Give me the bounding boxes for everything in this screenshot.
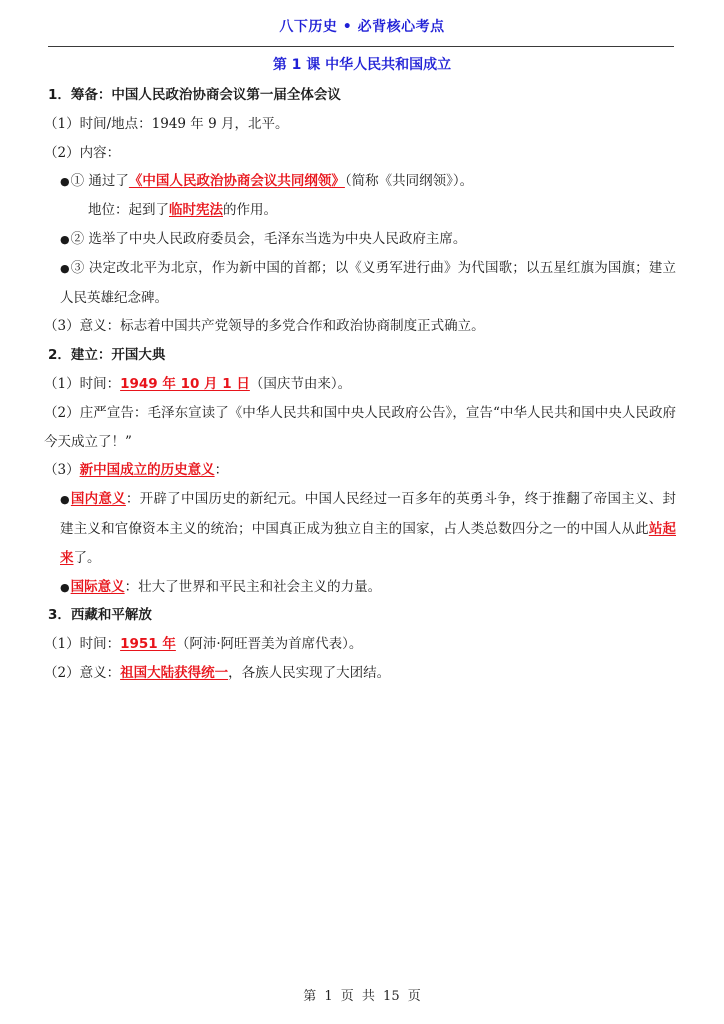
s2-historical-significance-key: 新中国成立的历史意义 (80, 462, 215, 478)
s3-time: （1）时间：1951 年（阿沛·阿旺晋美为首席代表）。 (44, 630, 676, 659)
section-heading-2: 2．建立：开国大典 (48, 341, 676, 370)
s1-common-program-key: 《中国人民政治协商会议共同纲领》 (129, 173, 345, 189)
s2-meaning-prefix: （3） (44, 462, 80, 478)
s2-meaning-heading: （3）新中国成立的历史意义： (44, 456, 676, 485)
s3-meaning-suffix: ，各族人民实现了大团结。 (228, 665, 390, 681)
s3-unification-key: 祖国大陆获得统一 (120, 665, 228, 681)
s1-time-location: （1）时间/地点：1949 年 9 月，北平。 (44, 110, 676, 139)
s2-time: （1）时间：1949 年 10 月 1 日（国庆节由来）。 (44, 370, 676, 399)
s3-time-prefix: （1）时间： (44, 636, 120, 652)
s2-domestic-significance: ●国内意义：开辟了中国历史的新纪元。中国人民经过一百多年的英勇斗争，终于推翻了帝… (48, 485, 676, 572)
s2-meaning-suffix: ： (215, 462, 229, 478)
s2-international-significance: ●国际意义：壮大了世界和平民主和社会主义的力量。 (48, 573, 676, 602)
s1-meaning: （3）意义：标志着中国共产党领导的多党合作和政治协商制度正式确立。 (44, 312, 676, 341)
s1-point-1: ●① 通过了《中国人民政治协商会议共同纲领》（简称《共同纲领》）。 (48, 167, 676, 196)
page-number-footer: 第 1 页 共 15 页 (0, 985, 724, 1004)
s2-founding-date-key: 1949 年 10 月 1 日 (120, 376, 250, 392)
bullet-icon: ● (60, 493, 70, 506)
section-heading-1: 1．筹备：中国人民政治协商会议第一届全体会议 (48, 81, 676, 110)
s3-meaning-prefix: （2）意义： (44, 665, 120, 681)
s1-content-label: （2）内容： (44, 139, 676, 168)
bullet-icon: ● (60, 233, 70, 246)
bullet-icon: ● (60, 262, 70, 275)
s1-point-3: ●③ 决定改北平为北京，作为新中国的首都；以《义勇军进行曲》为代国歌；以五星红旗… (48, 254, 676, 313)
page-header-title: 八下历史 • 必背核心考点 (0, 16, 724, 36)
s2-domestic-text-a: ：开辟了中国历史的新纪元。中国人民经过一百多年的英勇斗争，终于推翻了帝国主义、封… (60, 491, 676, 537)
s3-time-suffix: （阿沛·阿旺晋美为首席代表）。 (176, 636, 363, 652)
document-body: 1．筹备：中国人民政治协商会议第一届全体会议 （1）时间/地点：1949 年 9… (48, 81, 676, 688)
bullet-icon: ● (60, 175, 70, 188)
s3-meaning: （2）意义：祖国大陆获得统一，各族人民实现了大团结。 (44, 659, 676, 688)
lesson-title: 第 1 课 中华人民共和国成立 (0, 54, 724, 74)
s2-domestic-key: 国内意义 (71, 491, 126, 507)
s3-year-key: 1951 年 (120, 636, 176, 652)
s1-point1-suffix: （简称《共同纲领》）。 (345, 173, 473, 189)
header-divider (48, 46, 674, 47)
s1-status-suffix: 的作用。 (223, 202, 277, 218)
s2-time-prefix: （1）时间： (44, 376, 120, 392)
s2-international-text: ：壮大了世界和平民主和社会主义的力量。 (125, 579, 382, 595)
bullet-icon: ● (60, 581, 70, 594)
s1-point-2: ●② 选举了中央人民政府委员会，毛泽东当选为中央人民政府主席。 (48, 225, 676, 254)
s1-status: 地位：起到了临时宪法的作用。 (48, 196, 676, 225)
section-heading-3: 3．西藏和平解放 (48, 601, 676, 630)
s1-provisional-constitution-key: 临时宪法 (169, 202, 223, 218)
s1-point3-text: ③ 决定改北平为北京，作为新中国的首都；以《义勇军进行曲》为代国歌；以五星红旗为… (60, 260, 676, 306)
s1-point1-prefix: ① 通过了 (71, 173, 129, 189)
s1-point2-text: ② 选举了中央人民政府委员会，毛泽东当选为中央人民政府主席。 (71, 231, 467, 247)
s2-declaration: （2）庄严宣告：毛泽东宣读了《中华人民共和国中央人民政府公告》，宣告“中华人民共… (44, 399, 676, 457)
s2-domestic-text-b: 了。 (74, 550, 101, 566)
s1-status-prefix: 地位：起到了 (88, 202, 169, 218)
s2-international-key: 国际意义 (71, 579, 125, 595)
s2-time-suffix: （国庆节由来）。 (250, 376, 351, 392)
